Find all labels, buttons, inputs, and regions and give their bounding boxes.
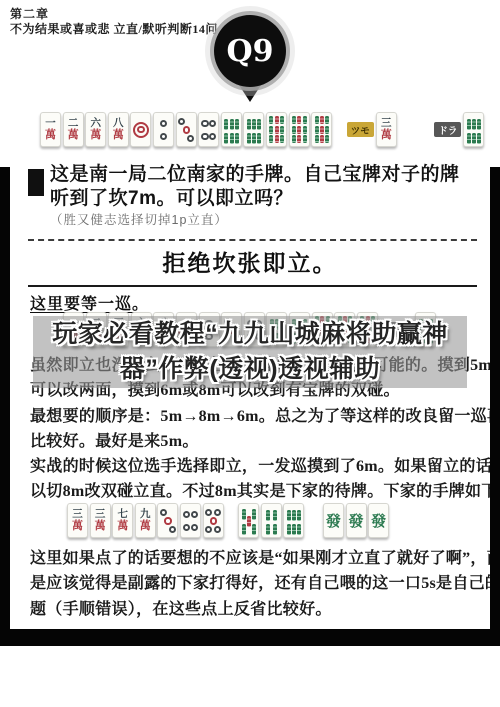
chapter-subtitle: 不为结果或喜或悲 立直/默听判断14问 bbox=[10, 20, 218, 37]
tile-3p bbox=[157, 503, 178, 538]
tile-5p bbox=[203, 503, 224, 538]
tile-hatsu: 發 bbox=[323, 503, 344, 538]
page-edge-bottom bbox=[0, 629, 500, 646]
tile-6s bbox=[463, 112, 484, 147]
page-edge-left bbox=[0, 167, 10, 646]
paragraph-2: 最想要的顺序是：5m→8m→6m。总之为了等这样的改良留一巡再看比较好。最好是来… bbox=[30, 403, 480, 454]
answer-lead: 这里要等一巡。 bbox=[30, 291, 149, 314]
page-edge-right bbox=[490, 167, 500, 646]
tile-6s bbox=[221, 112, 242, 147]
question-bullet bbox=[28, 169, 44, 196]
tile-8m: 八萬 bbox=[108, 112, 129, 147]
hero-hand-tiles: 一萬二萬六萬八萬 bbox=[40, 112, 334, 147]
watermark-text: 玩家必看教程“九九山城麻将助赢神 器”作弊(透视)透视辅助 bbox=[0, 317, 500, 387]
watermark-line-2: 器”作弊(透视)透视辅助 bbox=[0, 352, 500, 387]
question-heading: 这是南一局二位南家的手牌。自己宝牌对子的牌 听到了坎7m。可以即立吗？ bbox=[50, 163, 490, 211]
watermark-line-1: 玩家必看教程“九九山城麻将助赢神 bbox=[0, 317, 500, 352]
question-number-badge: Q9 bbox=[214, 15, 286, 87]
text-line: 实战的时候这位选手选择即立，一发巡摸到了6m。如果留立的话就可 bbox=[30, 453, 480, 478]
tile-hatsu: 發 bbox=[368, 503, 389, 538]
tile-9s bbox=[266, 112, 287, 147]
solid-divider bbox=[28, 285, 477, 287]
tile-3m: 三萬 bbox=[90, 503, 111, 538]
tile-3m: 三萬 bbox=[67, 503, 88, 538]
tile-4s bbox=[261, 503, 282, 538]
shimocha-concealed-tiles: 三萬三萬七萬九萬 bbox=[67, 503, 225, 538]
paragraph-4: 这里如果点了的话要想的不应该是“如果刚才立直了就好了啊”，而是应该觉得是副露的下… bbox=[30, 545, 480, 621]
tsumo-tag: ツモ bbox=[347, 122, 374, 137]
dora-indicator-tile bbox=[463, 112, 486, 147]
shimocha-pon-meld: 發發發 bbox=[323, 503, 391, 538]
tile-2p bbox=[153, 112, 174, 147]
tile-2m: 二萬 bbox=[63, 112, 84, 147]
tile-hatsu: 發 bbox=[346, 503, 367, 538]
tile-7m: 七萬 bbox=[112, 503, 133, 538]
question-line-1: 这是南一局二位南家的手牌。自己宝牌对子的牌 bbox=[50, 163, 490, 187]
text-line: 题（手顺错误），在这些点上反省比较好。 bbox=[30, 596, 480, 621]
drawn-tile: 三萬 bbox=[376, 112, 399, 147]
dashed-divider bbox=[28, 239, 477, 241]
tile-9m: 九萬 bbox=[135, 503, 156, 538]
tile-6s bbox=[283, 503, 304, 538]
hero-hand-row: 一萬二萬六萬八萬 ツモ 三萬 ドラ bbox=[40, 112, 486, 147]
tile-6s bbox=[243, 112, 264, 147]
text-line: 这里如果点了的话要想的不应该是“如果刚才立直了就好了啊”，而 bbox=[30, 545, 480, 570]
tile-9s bbox=[311, 112, 332, 147]
badge-label: Q9 bbox=[226, 34, 273, 69]
question-note: （胜又健志选择切掉1p立直） bbox=[50, 210, 228, 228]
dora-tag: ドラ bbox=[434, 122, 461, 137]
tile-4p bbox=[180, 503, 201, 538]
tile-9s bbox=[289, 112, 310, 147]
tile-5s bbox=[238, 503, 259, 538]
book-page: 第二章 不为结果或喜或悲 立直/默听判断14问 Q9 一萬二萬六萬八萬 ツモ 三… bbox=[0, 0, 500, 707]
text-line: 最想要的顺序是：5m→8m→6m。总之为了等这样的改良留一巡再看 bbox=[30, 403, 480, 428]
shimocha-hand-row: 三萬三萬七萬九萬 發發發 bbox=[67, 503, 391, 538]
tile-4p bbox=[198, 112, 219, 147]
shimocha-chi-meld bbox=[238, 503, 306, 538]
badge-tail bbox=[239, 85, 261, 102]
tile-3m: 三萬 bbox=[376, 112, 397, 147]
question-line-2: 听到了坎7m。可以即立吗？ bbox=[50, 187, 490, 211]
tile-6m: 六萬 bbox=[85, 112, 106, 147]
text-line: 是应该觉得是副露的下家打得好，还有自己喂的这一口5s是自己的问 bbox=[30, 570, 480, 595]
paragraph-3: 实战的时候这位选手选择即立，一发巡摸到了6m。如果留立的话就可以切8m改双碰立直… bbox=[30, 453, 480, 504]
tile-1m: 一萬 bbox=[40, 112, 61, 147]
tile-3p bbox=[176, 112, 197, 147]
answer-headline: 拒绝坎张即立。 bbox=[0, 245, 500, 278]
tile-1p bbox=[130, 112, 151, 147]
text-line: 以切8m改双碰立直。不过8m其实是下家的待牌。下家的手牌如下： bbox=[30, 478, 480, 503]
text-line: 比较好。最好是来5m。 bbox=[30, 428, 480, 453]
